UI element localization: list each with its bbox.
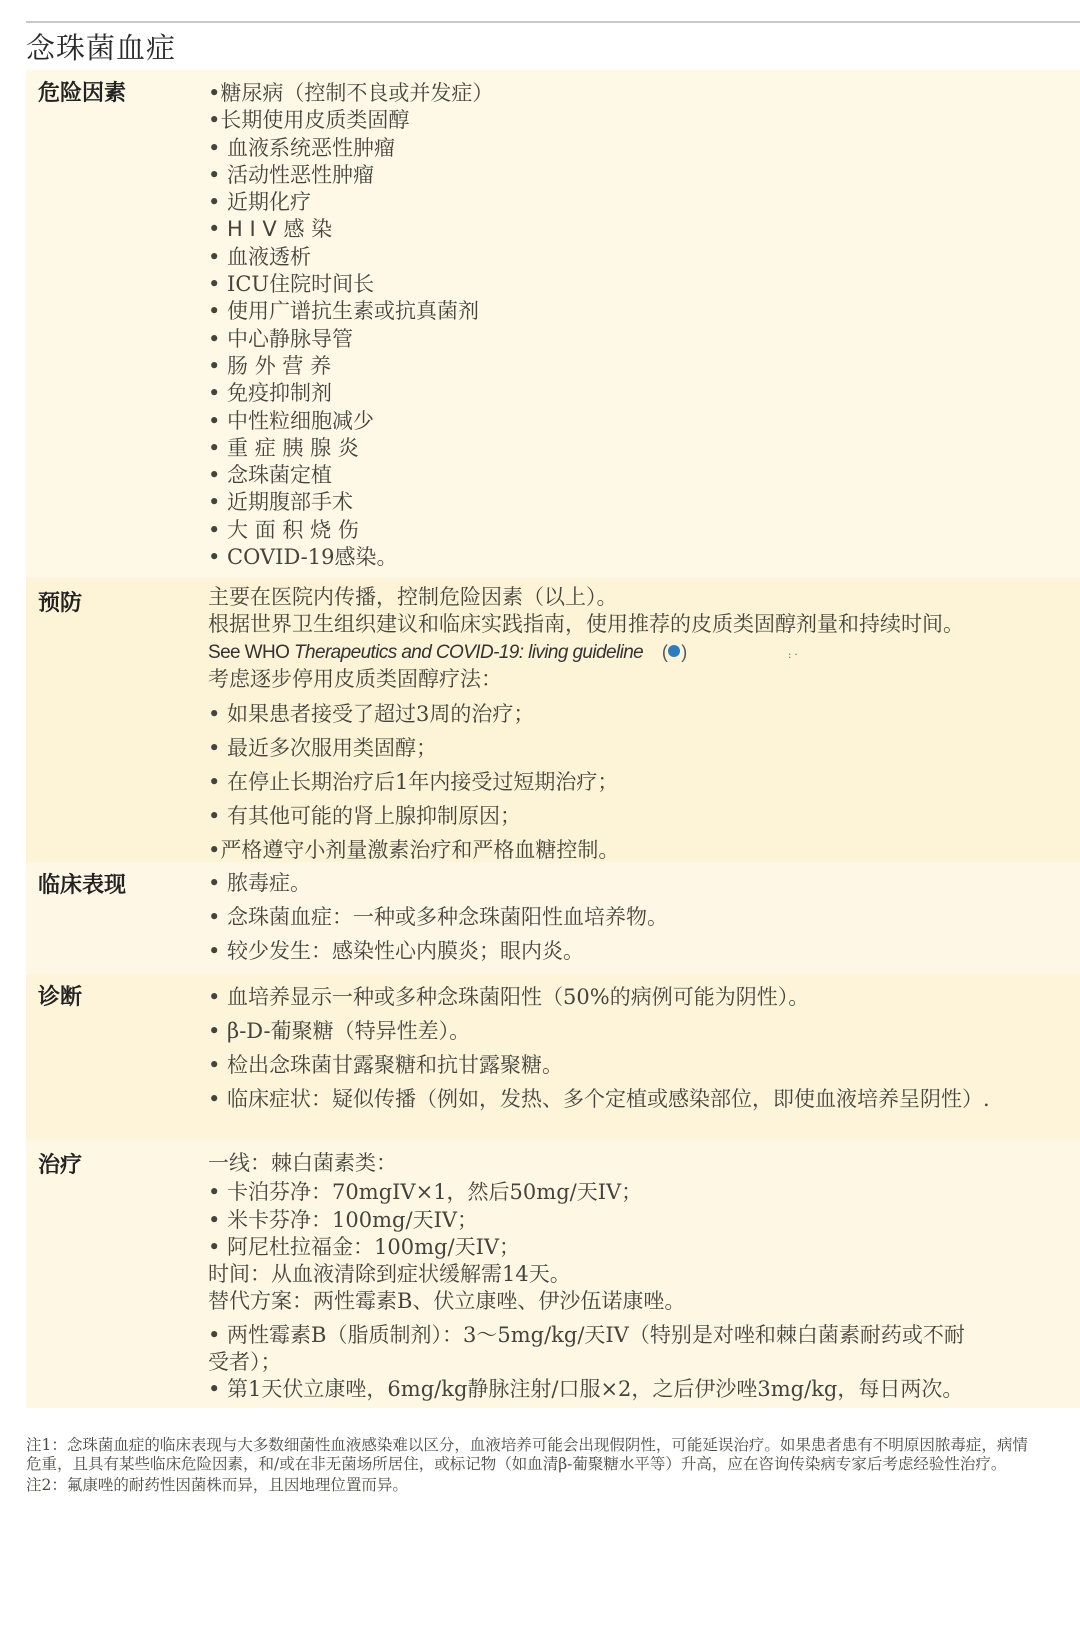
prevention-content: 主要在医院内传播，控制危险因素（以上）。 根据世界卫生组织建议和临床实践指南，使…: [208, 584, 1080, 867]
list-item: • 活动性恶性肿瘤: [208, 162, 1080, 189]
text-line: 时间：从血液清除到症状缓解需14天。: [208, 1261, 1080, 1288]
section-treatment: 治疗 一线：棘白菌素类： • 卡泊芬净：70mgIV×1，然后50mg/天IV；…: [26, 1140, 1080, 1408]
list-item: • 血液系统恶性肿瘤: [208, 135, 1080, 162]
link-prefix: See WHO: [208, 642, 294, 663]
list-item: • 有其他可能的肾上腺抑制原因；: [208, 799, 1080, 833]
stray-mark: : ·: [788, 650, 798, 661]
who-guideline-link[interactable]: See WHO Therapeutics and COVID-19: livin…: [208, 639, 1080, 666]
list-item: • 中性粒细胞减少: [208, 408, 1080, 435]
treatment-content: 一线：棘白菌素类： • 卡泊芬净：70mgIV×1，然后50mg/天IV； • …: [208, 1150, 1080, 1404]
list-item: • 临床症状：疑似传播（例如，发热、多个定植或感染部位，即使血液培养呈阴性）.: [208, 1082, 1080, 1116]
section-diagnosis: 诊断 • 血培养显示一种或多种念珠菌阳性（50%的病例可能为阴性）。 • β-D…: [26, 974, 1080, 1140]
section-label: 诊断: [38, 980, 82, 1011]
clinical-list: • 脓毒症。 • 念珠菌血症：一种或多种念珠菌阳性血培养物。 • 较少发生：感染…: [208, 866, 1080, 968]
top-rule: [26, 21, 1080, 23]
list-item: • ICU住院时间长: [208, 271, 1080, 298]
list-item: • 米卡芬净：100mg/天IV；: [208, 1207, 1080, 1234]
text-line: 考虑逐步停用皮质类固醇疗法：: [208, 666, 1080, 693]
guideline-table: 危险因素 •糖尿病（控制不良或并发症） •长期使用皮质类固醇 • 血液系统恶性肿…: [26, 70, 1080, 1408]
list-item: • 念珠菌血症：一种或多种念珠菌阳性血培养物。: [208, 900, 1080, 934]
list-item: • 在停止长期治疗后1年内接受过短期治疗；: [208, 765, 1080, 799]
list-item: • H I V 感 染: [208, 216, 1080, 243]
list-item: • 较少发生：感染性心内膜炎；眼内炎。: [208, 934, 1080, 968]
section-label: 预防: [38, 586, 82, 617]
list-item: • 免疫抑制剂: [208, 380, 1080, 407]
text-line: 受者）；: [208, 1349, 1080, 1376]
list-item: • 重 症 胰 腺 炎: [208, 435, 1080, 462]
section-risk-factors: 危险因素 •糖尿病（控制不良或并发症） •长期使用皮质类固醇 • 血液系统恶性肿…: [26, 70, 1080, 578]
list-item: • 使用广谱抗生素或抗真菌剂: [208, 298, 1080, 325]
footnote-1: 注1：念珠菌血症的临床表现与大多数细菌性血液感染难以区分，血液培养可能会出现假阴…: [26, 1436, 1040, 1474]
footnotes: 注1：念珠菌血症的临床表现与大多数细菌性血液感染难以区分，血液培养可能会出现假阴…: [26, 1436, 1040, 1495]
list-item: • 如果患者接受了超过3周的治疗；: [208, 697, 1080, 731]
list-item: • 中心静脉导管: [208, 326, 1080, 353]
list-item: • 脓毒症。: [208, 866, 1080, 900]
text-line: 替代方案：两性霉素B、伏立康唑、伊沙伍诺康唑。: [208, 1288, 1080, 1315]
diagnosis-list: • 血培养显示一种或多种念珠菌阳性（50%的病例可能为阴性）。 • β-D-葡聚…: [208, 980, 1080, 1116]
text-line: 主要在医院内传播，控制危险因素（以上）。: [208, 584, 1080, 611]
list-item: • 肠 外 营 养: [208, 353, 1080, 380]
text-line: 根据世界卫生组织建议和临床实践指南，使用推荐的皮质类固醇剂量和持续时间。: [208, 611, 1080, 638]
list-item: • 第1天伏立康唑，6mg/kg静脉注射/口服×2，之后伊沙唑3mg/kg，每日…: [208, 1376, 1080, 1403]
list-item: • 念珠菌定植: [208, 462, 1080, 489]
list-item: •糖尿病（控制不良或并发症）: [208, 80, 1080, 107]
risk-factor-list: •糖尿病（控制不良或并发症） •长期使用皮质类固醇 • 血液系统恶性肿瘤 • 活…: [208, 80, 1080, 571]
section-label: 治疗: [38, 1148, 82, 1179]
list-item: •长期使用皮质类固醇: [208, 107, 1080, 134]
list-item: • 两性霉素B（脂质制剂）：3～5mg/kg/天IV（特别是对唑和棘白菌素耐药或…: [208, 1322, 1080, 1349]
list-item: • 血培养显示一种或多种念珠菌阳性（50%的病例可能为阴性）。: [208, 980, 1080, 1014]
section-label: 临床表现: [38, 868, 126, 899]
list-item: • β-D-葡聚糖（特异性差）。: [208, 1014, 1080, 1048]
list-item: • 大 面 积 烧 伤: [208, 517, 1080, 544]
list-item: • 最近多次服用类固醇；: [208, 731, 1080, 765]
section-label: 危险因素: [38, 76, 126, 107]
page-title: 念珠菌血症: [26, 26, 176, 67]
section-prevention: 预防 主要在医院内传播，控制危险因素（以上）。 根据世界卫生组织建议和临床实践指…: [26, 578, 1080, 862]
pointing-hand-icon[interactable]: (): [662, 639, 687, 666]
text-line: 一线：棘白菌素类：: [208, 1150, 1080, 1177]
list-item: • 检出念珠菌甘露聚糖和抗甘露聚糖。: [208, 1048, 1080, 1082]
list-item: • 血液透析: [208, 244, 1080, 271]
list-item: • 近期化疗: [208, 189, 1080, 216]
list-item: • 近期腹部手术: [208, 489, 1080, 516]
list-item: • 阿尼杜拉福金：100mg/天IV；: [208, 1234, 1080, 1261]
list-item: • 卡泊芬净：70mgIV×1，然后50mg/天IV；: [208, 1179, 1080, 1206]
link-title[interactable]: Therapeutics and COVID-19: living guidel…: [294, 642, 643, 663]
list-item: • COVID-19感染。: [208, 544, 1080, 571]
section-clinical-manifestations: 临床表现 • 脓毒症。 • 念珠菌血症：一种或多种念珠菌阳性血培养物。 • 较少…: [26, 862, 1080, 974]
footnote-2: 注2：氟康唑的耐药性因菌株而异，且因地理位置而异。: [26, 1476, 1040, 1495]
